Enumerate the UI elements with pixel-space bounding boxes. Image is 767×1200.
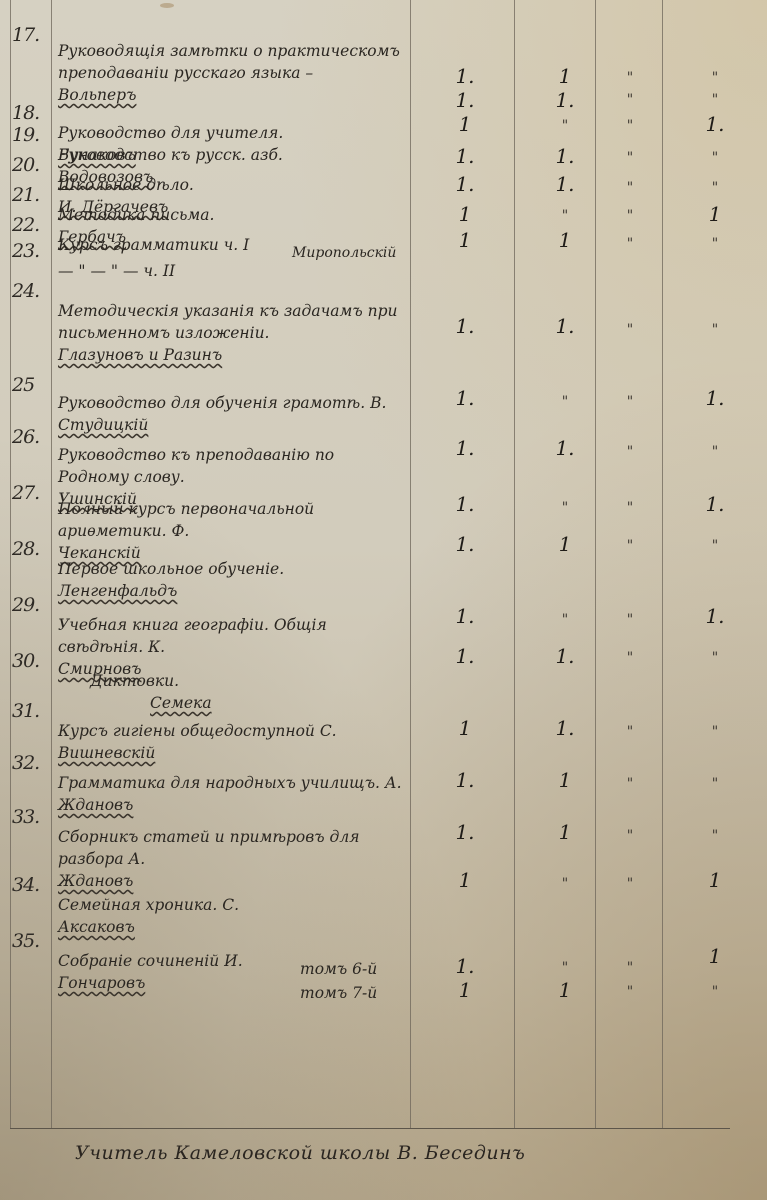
entry-title-text: Руководящія замѣтки о практическомъ преп… xyxy=(58,42,400,82)
volume-label: томъ 7-й xyxy=(300,982,410,1004)
count-col-1: 1. xyxy=(440,604,490,628)
count-col-4: 1 xyxy=(690,868,740,892)
count-col-3: " xyxy=(605,92,655,108)
entry-number: 17. xyxy=(12,24,50,46)
count-col-1: 1. xyxy=(440,532,490,556)
count-col-3: " xyxy=(605,650,655,666)
entry-author: Гончаровъ xyxy=(58,974,145,992)
count-col-1: 1. xyxy=(440,436,490,460)
entry-title-text: Грамматика для народныхъ училищъ. А. xyxy=(58,774,402,792)
entry-number: 27. xyxy=(12,482,50,504)
entry-number: 20. xyxy=(12,154,50,176)
count-col-1: 1 xyxy=(440,716,490,740)
entry-number: 21. xyxy=(12,184,50,206)
entry-title: Руководящія замѣтки о практическомъ преп… xyxy=(58,18,408,106)
count-col-3: " xyxy=(605,876,655,892)
entry-number: 34. xyxy=(12,874,50,896)
count-col-3: " xyxy=(605,150,655,166)
count-col-1: 1. xyxy=(440,386,490,410)
count-col-4: " xyxy=(690,150,740,166)
column-rule-count-2 xyxy=(595,0,596,1128)
column-rule-title xyxy=(410,0,411,1128)
count-col-3: " xyxy=(605,208,655,224)
entry-number: 25 xyxy=(12,374,50,396)
count-col-3: " xyxy=(605,322,655,338)
entry-title-text: Первое школьное обученіе. xyxy=(58,560,284,578)
count-col-1: 1. xyxy=(440,144,490,168)
count-col-4: " xyxy=(690,180,740,196)
entry-title-text: Собраніе сочиненій И. xyxy=(58,952,243,970)
count-col-3: " xyxy=(605,960,655,976)
count-col-4: " xyxy=(690,724,740,740)
entry-author: Глазуновъ и Разинъ xyxy=(58,346,222,364)
entry-number: 28. xyxy=(12,538,50,560)
entry-author: Миропольскій xyxy=(292,245,396,261)
count-col-2: 1. xyxy=(540,716,590,740)
count-col-3: " xyxy=(605,118,655,134)
entry-title-text: Курсъ гигіены общедоступной С. xyxy=(58,722,337,740)
column-rule-count-1 xyxy=(514,0,515,1128)
entry-number: 19. xyxy=(12,124,50,146)
count-col-2: 1 xyxy=(540,768,590,792)
count-col-4: 1. xyxy=(690,112,740,136)
count-col-2: 1. xyxy=(540,144,590,168)
entry-number: 29. xyxy=(12,594,50,616)
count-col-1: 1. xyxy=(440,954,490,978)
count-col-4: 1. xyxy=(690,492,740,516)
volume-label: томъ 6-й xyxy=(300,958,410,980)
entry-number: 24. xyxy=(12,280,50,302)
count-col-4: " xyxy=(690,984,740,1000)
count-col-2: 1 xyxy=(540,64,590,88)
entry-title-text: Диктовки. xyxy=(90,672,179,690)
paper-stain xyxy=(160,3,174,8)
count-col-1: 1. xyxy=(440,172,490,196)
column-rule-margin xyxy=(10,0,11,1128)
count-col-4: " xyxy=(690,650,740,666)
count-col-4: " xyxy=(690,444,740,460)
count-col-4: 1. xyxy=(690,604,740,628)
entry-number: 22. xyxy=(12,214,50,236)
count-col-2: " xyxy=(540,612,590,628)
count-col-4: 1 xyxy=(690,944,740,968)
count-col-2: 1 xyxy=(540,820,590,844)
count-col-2: " xyxy=(540,208,590,224)
count-col-2: 1. xyxy=(540,314,590,338)
count-col-3: " xyxy=(605,724,655,740)
count-col-4: " xyxy=(690,70,740,86)
count-col-1: 1. xyxy=(440,644,490,668)
count-col-2: 1 xyxy=(540,228,590,252)
count-col-4: " xyxy=(690,828,740,844)
count-col-2: " xyxy=(540,960,590,976)
count-col-2: 1 xyxy=(540,978,590,1002)
entry-number: 31. xyxy=(12,700,50,722)
count-col-4: " xyxy=(690,236,740,252)
entry-number: 32. xyxy=(12,752,50,774)
count-col-1: 1 xyxy=(440,868,490,892)
count-col-2: " xyxy=(540,118,590,134)
entry-title-text: Методическія указанія къ задачамъ при пи… xyxy=(58,302,397,342)
entry-number: 33. xyxy=(12,806,50,828)
count-col-2: " xyxy=(540,394,590,410)
count-col-3: " xyxy=(605,180,655,196)
count-col-3: " xyxy=(605,236,655,252)
count-col-3: " xyxy=(605,984,655,1000)
bottom-rule xyxy=(10,1128,730,1129)
entry-number: 26. xyxy=(12,426,50,448)
entry-title-text: Руководство для обученія грамотѣ. В. xyxy=(58,394,386,412)
entry-title-text: Семейная хроника. С. xyxy=(58,896,239,914)
count-col-3: " xyxy=(605,500,655,516)
teacher-signature: Учитель Камеловской школы В. Бесединъ xyxy=(75,1142,675,1164)
document-page: 17. Руководящія замѣтки о практическомъ … xyxy=(0,0,767,1200)
entry-author-bracket: Миропольскій xyxy=(292,220,410,264)
count-col-2: " xyxy=(540,876,590,892)
entry-number: 18. xyxy=(12,102,50,124)
count-col-1: 1 xyxy=(440,112,490,136)
count-col-2: " xyxy=(540,500,590,516)
column-rule-number xyxy=(51,0,52,1128)
count-col-3: " xyxy=(605,444,655,460)
entry-number: 35. xyxy=(12,930,50,952)
count-col-2: 1. xyxy=(540,644,590,668)
count-col-4: " xyxy=(690,538,740,554)
count-col-1: 1. xyxy=(440,492,490,516)
count-col-3: " xyxy=(605,538,655,554)
entry-number: 30. xyxy=(12,650,50,672)
count-col-4: " xyxy=(690,92,740,108)
count-col-1: 1. xyxy=(440,820,490,844)
entry-title-text: Полный курсъ первоначальной ариѳметики. … xyxy=(58,500,314,540)
count-col-1: 1. xyxy=(440,768,490,792)
entry-title: Методическія указанія къ задачамъ при пи… xyxy=(58,278,408,366)
count-col-1: 1 xyxy=(440,202,490,226)
entry-title-text: Сборникъ статей и примѣровъ для разбора … xyxy=(58,828,360,868)
count-col-1: 1 xyxy=(440,228,490,252)
count-col-3: " xyxy=(605,776,655,792)
count-col-1: 1 xyxy=(440,978,490,1002)
count-col-4: " xyxy=(690,776,740,792)
count-col-2: 1. xyxy=(540,88,590,112)
count-col-4: " xyxy=(690,322,740,338)
count-col-3: " xyxy=(605,70,655,86)
count-col-4: 1 xyxy=(690,202,740,226)
count-col-4: 1. xyxy=(690,386,740,410)
count-col-3: " xyxy=(605,394,655,410)
column-rule-count-3 xyxy=(662,0,663,1128)
count-col-1: 1. xyxy=(440,88,490,112)
entry-number: 23. xyxy=(12,240,50,262)
count-col-3: " xyxy=(605,612,655,628)
count-col-2: 1 xyxy=(540,532,590,556)
count-col-2: 1. xyxy=(540,172,590,196)
entry-title: — " — " — ч. II xyxy=(58,238,288,282)
count-col-1: 1. xyxy=(440,64,490,88)
count-col-3: " xyxy=(605,828,655,844)
count-col-2: 1. xyxy=(540,436,590,460)
count-col-1: 1. xyxy=(440,314,490,338)
